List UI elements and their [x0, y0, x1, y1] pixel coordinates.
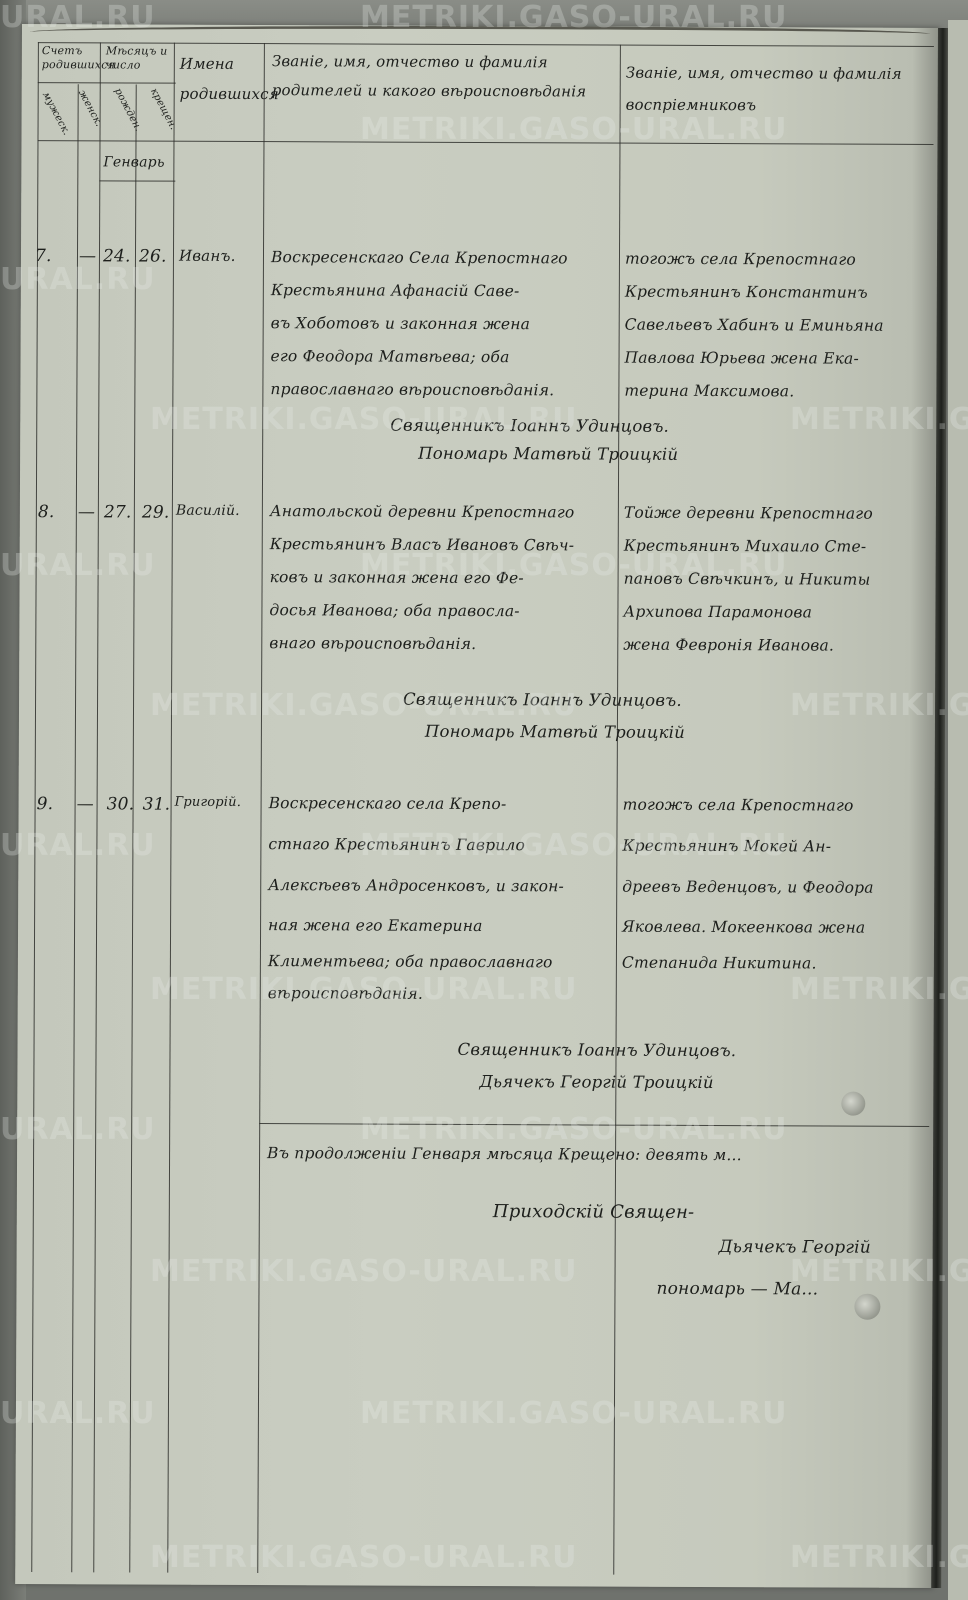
signature-deacon: Дьячекъ Георгій Троицкій [479, 1068, 713, 1097]
godparents-line: терина Максимова. [624, 375, 794, 409]
watermark: METRIKI.GASO-URAL.RU [360, 112, 788, 147]
watermark: METRIKI.GASO-URAL.RU [150, 402, 578, 437]
watermark: URAL.RU [0, 0, 156, 35]
header-names: Имена родившихся [180, 49, 262, 109]
godparents-line: тогожъ села Крепостнаго [623, 789, 854, 823]
entry-born-day: 27. [104, 502, 132, 522]
parents-line: Алексѣевъ Андросенковъ, и закон- [268, 869, 564, 903]
watermark: METRIKI.GASO-URAL.RU [150, 1254, 578, 1289]
wax-seal-mark [841, 1092, 865, 1116]
header-date-title: Мѣсяцъ и число [106, 44, 172, 72]
watermark: METRIKI.GASO-URAL.RU [360, 1396, 788, 1431]
watermark: METRIKI.GASO-URAL.RU [360, 548, 788, 583]
watermark: METRIKI.GASO-URAL.RU [150, 1540, 578, 1575]
parents-line: Анатольской деревни Крепостнаго [270, 495, 575, 529]
watermark: METRIKI.GASO-URAL.RU [360, 0, 788, 35]
watermark: METRIKI.GASO-URAL.RU [360, 1112, 788, 1147]
watermark: URAL.RU [0, 1396, 156, 1431]
parents-line: досья Иванова; оба правосла- [269, 594, 519, 628]
watermark: METRIKI.GASO-URAL.RU [790, 402, 968, 437]
entry-number: 9. [37, 794, 54, 814]
watermark: METRIKI.GASO-URAL.RU [790, 688, 968, 723]
signature-priest: Священникъ Іоаннъ Удинцовъ. [457, 1036, 736, 1065]
parents-line: ная жена его Екатерина [268, 909, 483, 943]
watermark: METRIKI.GASO-URAL.RU [150, 688, 578, 723]
month-label: Генварь [103, 148, 164, 176]
summary-signature-priest: Приходскій Священ- [493, 1198, 695, 1227]
watermark: METRIKI.GASO-URAL.RU [150, 972, 578, 1007]
rule-header-sub [38, 82, 176, 84]
parents-line: Воскресенскаго Села Крепостнаго [271, 241, 568, 275]
godparents-line: дреевъ Веденцовъ, и Феодора [622, 871, 874, 905]
rule-col-name [257, 43, 265, 1573]
entry-baptized-day: 31. [143, 795, 171, 815]
header-count-title: Счетъ родившихся [42, 44, 98, 72]
godparents-line: Тойже деревни Крепостнаго [624, 497, 873, 531]
watermark: METRIKI.GASO-URAL.RU [790, 1254, 968, 1289]
parents-line: Воскресенскаго села Крепо- [269, 787, 507, 821]
parents-line: его Феодора Матвѣева; оба [270, 340, 509, 374]
entry-born-day: 30. [107, 794, 135, 814]
parents-line: въ Хоботовъ и законная жена [271, 307, 531, 341]
wax-seal-mark [854, 1294, 880, 1320]
header-date-born: рожден. [112, 86, 144, 133]
godparents-line: тогожъ села Крепостнаго [625, 243, 856, 277]
watermark: URAL.RU [0, 548, 156, 583]
entry-female-dash: — [78, 502, 95, 522]
godparents-line: Савельевъ Хабинъ и Еминьяна [625, 309, 884, 343]
godparents-line: жена Февронія Иванова. [623, 629, 834, 663]
signature-sexton: Пономарь Матвѣй Троицкій [418, 440, 678, 469]
parents-line: Крестьянина Афанасій Саве- [271, 274, 520, 308]
entry-number: 8. [38, 502, 55, 522]
entry-child-name: Григорій. [175, 795, 242, 810]
parents-line: внаго вѣроисповѣданія. [269, 627, 476, 661]
rule-col-parents [613, 45, 621, 1575]
adjacent-page-edge [948, 20, 968, 1600]
entry-female-dash: — [77, 794, 94, 814]
godparents-line: Крестьянинъ Константинъ [625, 276, 868, 310]
godparents-line: Степанида Никитина. [622, 947, 817, 981]
entry-child-name: Василій. [176, 503, 240, 519]
book-spine-shadow [931, 28, 948, 1588]
godparents-line: Яковлева. Мокеенкова жена [622, 911, 865, 945]
entry-baptized-day: 29. [142, 503, 170, 523]
entry-child-name: Иванъ. [179, 247, 236, 265]
register-page: Счетъ родившихся мужеск. женск. Мѣсяцъ и… [15, 24, 940, 1588]
watermark: URAL.RU [0, 262, 156, 297]
watermark: METRIKI.GASO-URAL.RU [790, 1540, 968, 1575]
godparents-line: Архипова Парамонова [623, 596, 812, 630]
watermark: METRIKI.GASO-URAL.RU [360, 828, 788, 863]
header-count-male: мужеск. [40, 90, 72, 137]
header-parents: Званіе, имя, отчество и фамилія родителе… [272, 47, 617, 107]
watermark: URAL.RU [0, 1112, 156, 1147]
rule-month-box [99, 180, 175, 182]
watermark: METRIKI.GASO-URAL.RU [790, 972, 968, 1007]
watermark: URAL.RU [0, 828, 156, 863]
godparents-line: Павлова Юрьева жена Ека- [624, 342, 859, 376]
